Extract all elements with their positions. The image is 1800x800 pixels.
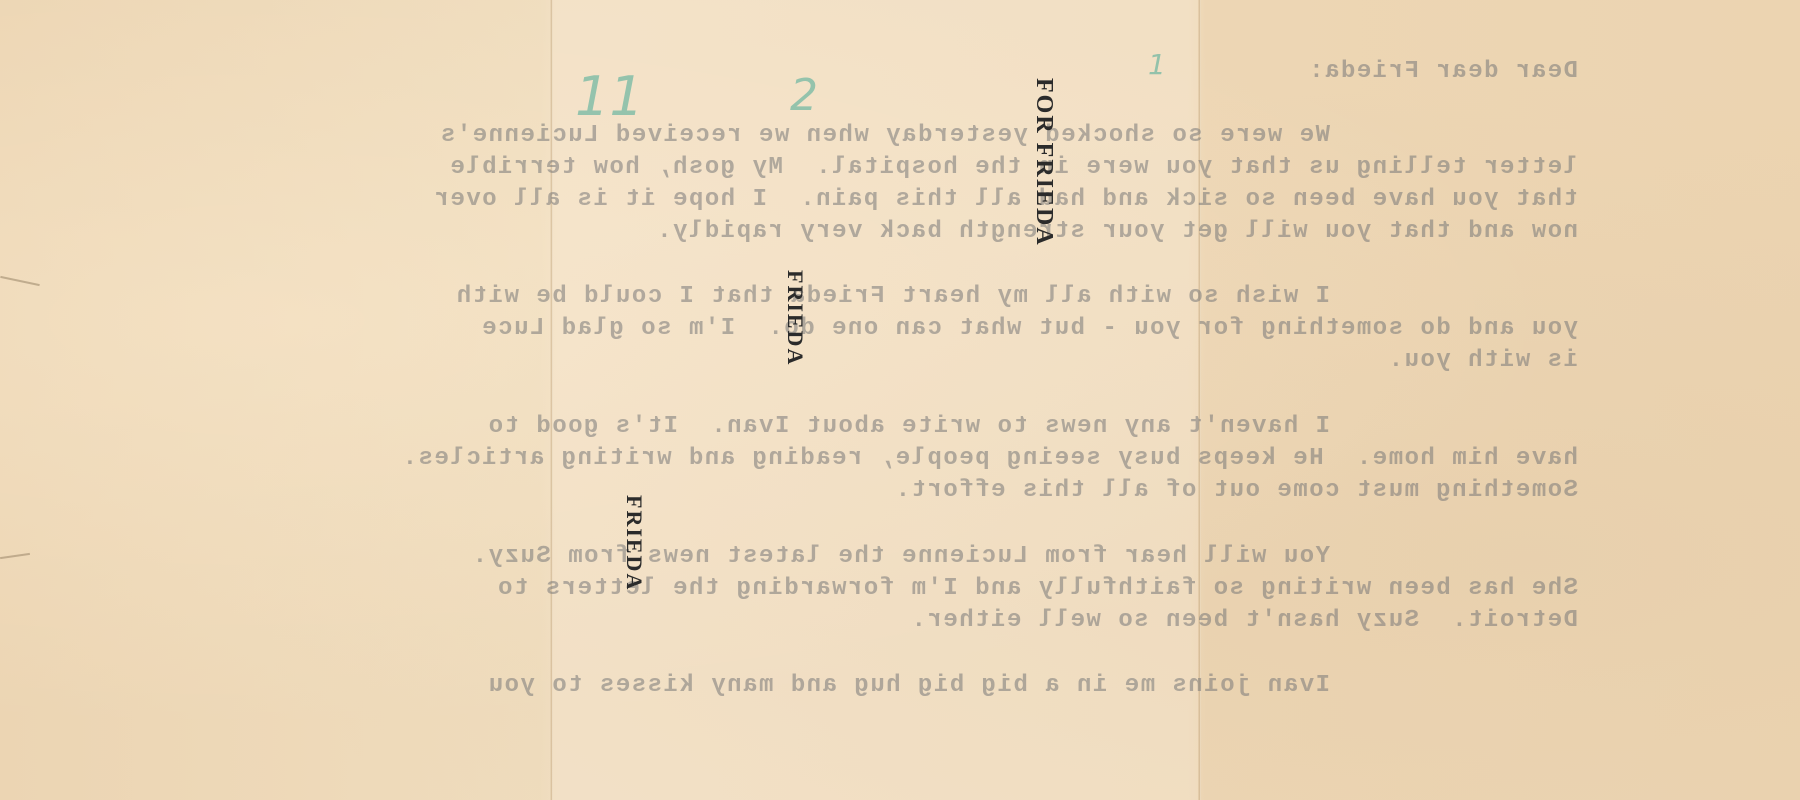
letter-body: Dear dear Frieda: We were so shocked yes… <box>0 0 1800 800</box>
letter-line: Ivan joins me in a big big hug and many … <box>487 672 1330 699</box>
stamp-frieda: FRIEDA <box>782 270 808 366</box>
letter-line: Something must come out of all this effo… <box>894 477 1578 504</box>
letter-line: is with you. <box>1387 347 1578 374</box>
letter-line: letter telling us that you were in the h… <box>449 154 1578 181</box>
letter-line: We were so shocked yesterday when we rec… <box>439 122 1330 149</box>
stamp-for-frieda: FOR FRIEDA <box>1030 78 1057 247</box>
letter-line: have him home. He keeps busy seeing peop… <box>401 445 1578 472</box>
salutation: Dear dear Frieda: <box>1308 58 1578 85</box>
letter-line: I wish so with all my heart Frieda that … <box>455 283 1330 310</box>
letter-line: Detroit. Suzy hasn't been so well either… <box>910 607 1578 634</box>
letter-line: You will hear from Lucienne the latest n… <box>471 543 1330 570</box>
letter-line: now and that you will get your strength … <box>656 218 1578 245</box>
letter-line: you and do something for you - but what … <box>481 315 1578 342</box>
letter-line: She has been writing so faithfully and I… <box>497 575 1578 602</box>
stamp-frieda: FRIEDA <box>621 495 647 591</box>
letter-line: that you have been so sick and had all t… <box>433 186 1578 213</box>
letter-line: I haven't any news to write about Ivan. … <box>487 413 1330 440</box>
